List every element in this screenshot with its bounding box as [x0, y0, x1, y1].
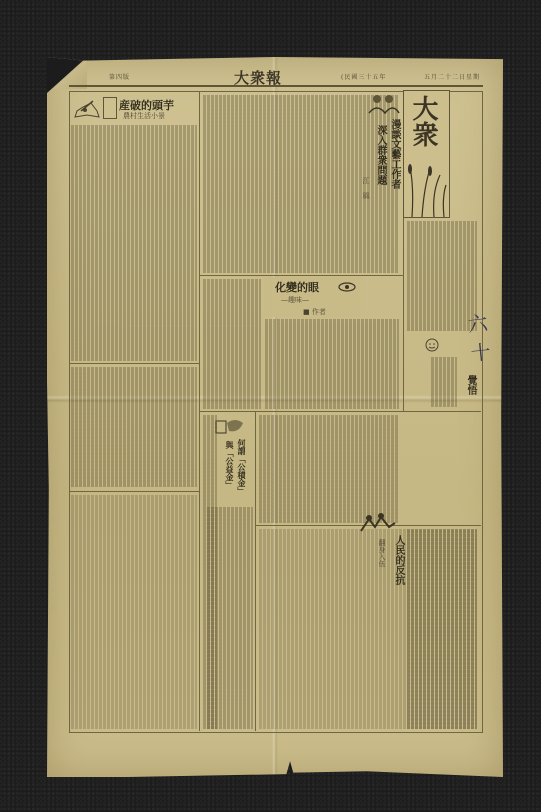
masthead: 第四版 大衆報 (民國三十五年 五月二十二日星期 [69, 71, 483, 87]
reeds-icon [404, 157, 449, 217]
subtitle-lower-right: 翻身入伍 [377, 539, 387, 567]
crowd-illustration [359, 513, 397, 535]
newspaper-title: 大衆報 [234, 67, 282, 88]
subtitle-left-top: 農村生活小景 [123, 111, 165, 121]
article-text-center-mid [265, 319, 399, 409]
article-text-right-small [431, 357, 457, 407]
handwritten-annotation: 六十 [466, 305, 506, 366]
face-illustration [425, 337, 439, 351]
vertical-headline-top-right-1: 漫談文藝工作者 [387, 119, 402, 189]
pen-and-ink-illustration [73, 97, 101, 121]
vertical-headline-top-right-2: 深入群衆問題 [373, 125, 388, 185]
figures-illustration [367, 93, 401, 115]
date-left: (民國三十五年 [341, 72, 386, 81]
small-boxed-label [103, 97, 117, 119]
vertical-headline-1: 何謂「公積金」 [237, 439, 248, 495]
vertical-headline-2: 與「公益金」 [225, 441, 236, 489]
center-headline: 化變的眼 [275, 279, 319, 295]
byline-top-right: 江 風 [361, 177, 371, 199]
vertical-headline-right: 覺悟 [463, 375, 478, 395]
article-text-center-lower-left [207, 507, 253, 729]
rule [69, 491, 199, 492]
column-rule [255, 411, 256, 731]
vertical-headline-lower-right: 人民的反抗 [391, 535, 406, 585]
article-text-lower-right [407, 529, 477, 729]
article-text-center-lower [259, 415, 399, 523]
date-right: 五月二十二日星期 [424, 72, 480, 81]
masthead-logo: 大衆 [403, 90, 450, 218]
logo-text: 大衆 [408, 95, 438, 147]
article-text-left-3 [71, 495, 197, 729]
rule [199, 275, 403, 276]
article-text-left-2 [71, 367, 197, 487]
rule [199, 411, 481, 412]
rule [69, 363, 199, 364]
center-subtitle: —趣味— [281, 295, 309, 305]
newspaper-page: 第四版 大衆報 (民國三十五年 五月二十二日星期 産破的頭芋 農村生活小景 化變… [47, 57, 503, 777]
article-text-center-left [203, 279, 261, 409]
hands-illustration [213, 415, 247, 437]
page-label: 第四版 [109, 72, 130, 81]
article-text-left-1 [71, 125, 197, 361]
eye-illustration [337, 279, 357, 295]
center-byline: ■ 作者 [303, 307, 326, 317]
